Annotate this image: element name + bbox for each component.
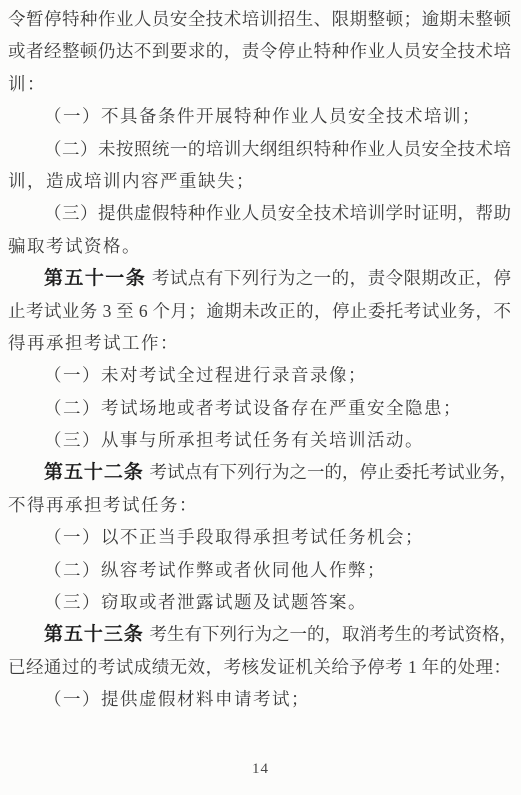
text-line: 第五十三条考生有下列行为之一的，取消考生的考试资格，	[8, 618, 511, 650]
text-line: 止考试业务 3 至 6 个月；逾期未改正的，停止委托考试业务，不	[8, 295, 511, 327]
article-number: 第五十一条	[44, 268, 146, 289]
line-text: （三）提供虚假特种作业人员安全技术培训学时证明，帮助	[44, 203, 511, 223]
text-line: （三）窃取或者泄露试题及试题答案。	[8, 586, 511, 618]
line-text: （一）未对考试全过程进行录音录像；	[44, 365, 367, 385]
line-text: 考生有下列行为之一的，取消考生的考试资格，	[149, 624, 517, 644]
text-line: 训：	[8, 68, 511, 100]
line-text: 训：	[8, 74, 46, 94]
text-line: （二）纵容考试作弊或者伙同他人作弊；	[8, 554, 511, 586]
line-text: （一）提供虚假材料申请考试；	[44, 689, 310, 709]
line-text: （二）纵容考试作弊或者伙同他人作弊；	[44, 560, 386, 580]
text-line: （三）从事与所承担考试任务有关培训活动。	[8, 424, 511, 456]
text-line: 或者经整顿仍达不到要求的，责令停止特种作业人员安全技术培	[8, 35, 511, 67]
text-line: （一）以不正当手段取得承担考试任务机会；	[8, 521, 511, 553]
page-number: 14	[252, 761, 269, 777]
page-footer: 14	[0, 760, 521, 778]
line-text: 或者经整顿仍达不到要求的，责令停止特种作业人员安全技术培	[8, 41, 511, 61]
text-line: 第五十一条考试点有下列行为之一的，责令限期改正，停	[8, 262, 511, 294]
line-text: （三）从事与所承担考试任务有关培训活动。	[44, 430, 424, 450]
article-number: 第五十三条	[44, 624, 144, 645]
text-line: （三）提供虚假特种作业人员安全技术培训学时证明，帮助	[8, 197, 511, 229]
line-text: 止考试业务 3 至 6 个月；逾期未改正的，停止委托考试业务，不	[8, 301, 511, 321]
line-text: 考试点有下列行为之一的，责令限期改正，停	[152, 268, 511, 288]
text-line: 不得再承担考试任务：	[8, 489, 511, 521]
text-line: 第五十二条考试点有下列行为之一的，停止委托考试业务，	[8, 456, 511, 488]
text-line: 得再承担考试工作：	[8, 327, 511, 359]
document-page: 令暂停特种作业人员安全技术培训招生、限期整顿；逾期未整顿或者经整顿仍达不到要求的…	[0, 0, 521, 795]
line-text: 训，造成培训内容严重缺失；	[8, 171, 255, 191]
text-line: 训，造成培训内容严重缺失；	[8, 165, 511, 197]
text-line: （一）未对考试全过程进行录音录像；	[8, 359, 511, 391]
line-text: 不得再承担考试任务：	[8, 495, 198, 515]
line-text: 令暂停特种作业人员安全技术培训招生、限期整顿；逾期未整顿	[8, 9, 511, 29]
line-text: （二）考试场地或者考试设备存在严重安全隐患；	[44, 398, 462, 418]
line-text: （三）窃取或者泄露试题及试题答案。	[44, 592, 367, 612]
line-text: 考试点有下列行为之一的，停止委托考试业务，	[149, 462, 517, 482]
text-line: 已经通过的考试成绩无效，考核发证机关给予停考 1 年的处理：	[8, 651, 511, 683]
text-line: 骗取考试资格。	[8, 230, 511, 262]
text-line: （一）不具备条件开展特种作业人员安全技术培训；	[8, 100, 511, 132]
article-number: 第五十二条	[44, 462, 144, 483]
line-text: 骗取考试资格。	[8, 236, 141, 256]
text-line: 令暂停特种作业人员安全技术培训招生、限期整顿；逾期未整顿	[8, 3, 511, 35]
line-text: （一）以不正当手段取得承担考试任务机会；	[44, 527, 424, 547]
text-body: 令暂停特种作业人员安全技术培训招生、限期整顿；逾期未整顿或者经整顿仍达不到要求的…	[8, 3, 511, 716]
line-text: （一）不具备条件开展特种作业人员安全技术培训；	[44, 106, 481, 126]
line-text: 得再承担考试工作：	[8, 333, 179, 353]
text-line: （二）未按照统一的培训大纲组织特种作业人员安全技术培	[8, 133, 511, 165]
line-text: （二）未按照统一的培训大纲组织特种作业人员安全技术培	[44, 139, 511, 159]
line-text: 已经通过的考试成绩无效，考核发证机关给予停考 1 年的处理：	[8, 657, 511, 677]
text-line: （一）提供虚假材料申请考试；	[8, 683, 511, 715]
text-line: （二）考试场地或者考试设备存在严重安全隐患；	[8, 392, 511, 424]
